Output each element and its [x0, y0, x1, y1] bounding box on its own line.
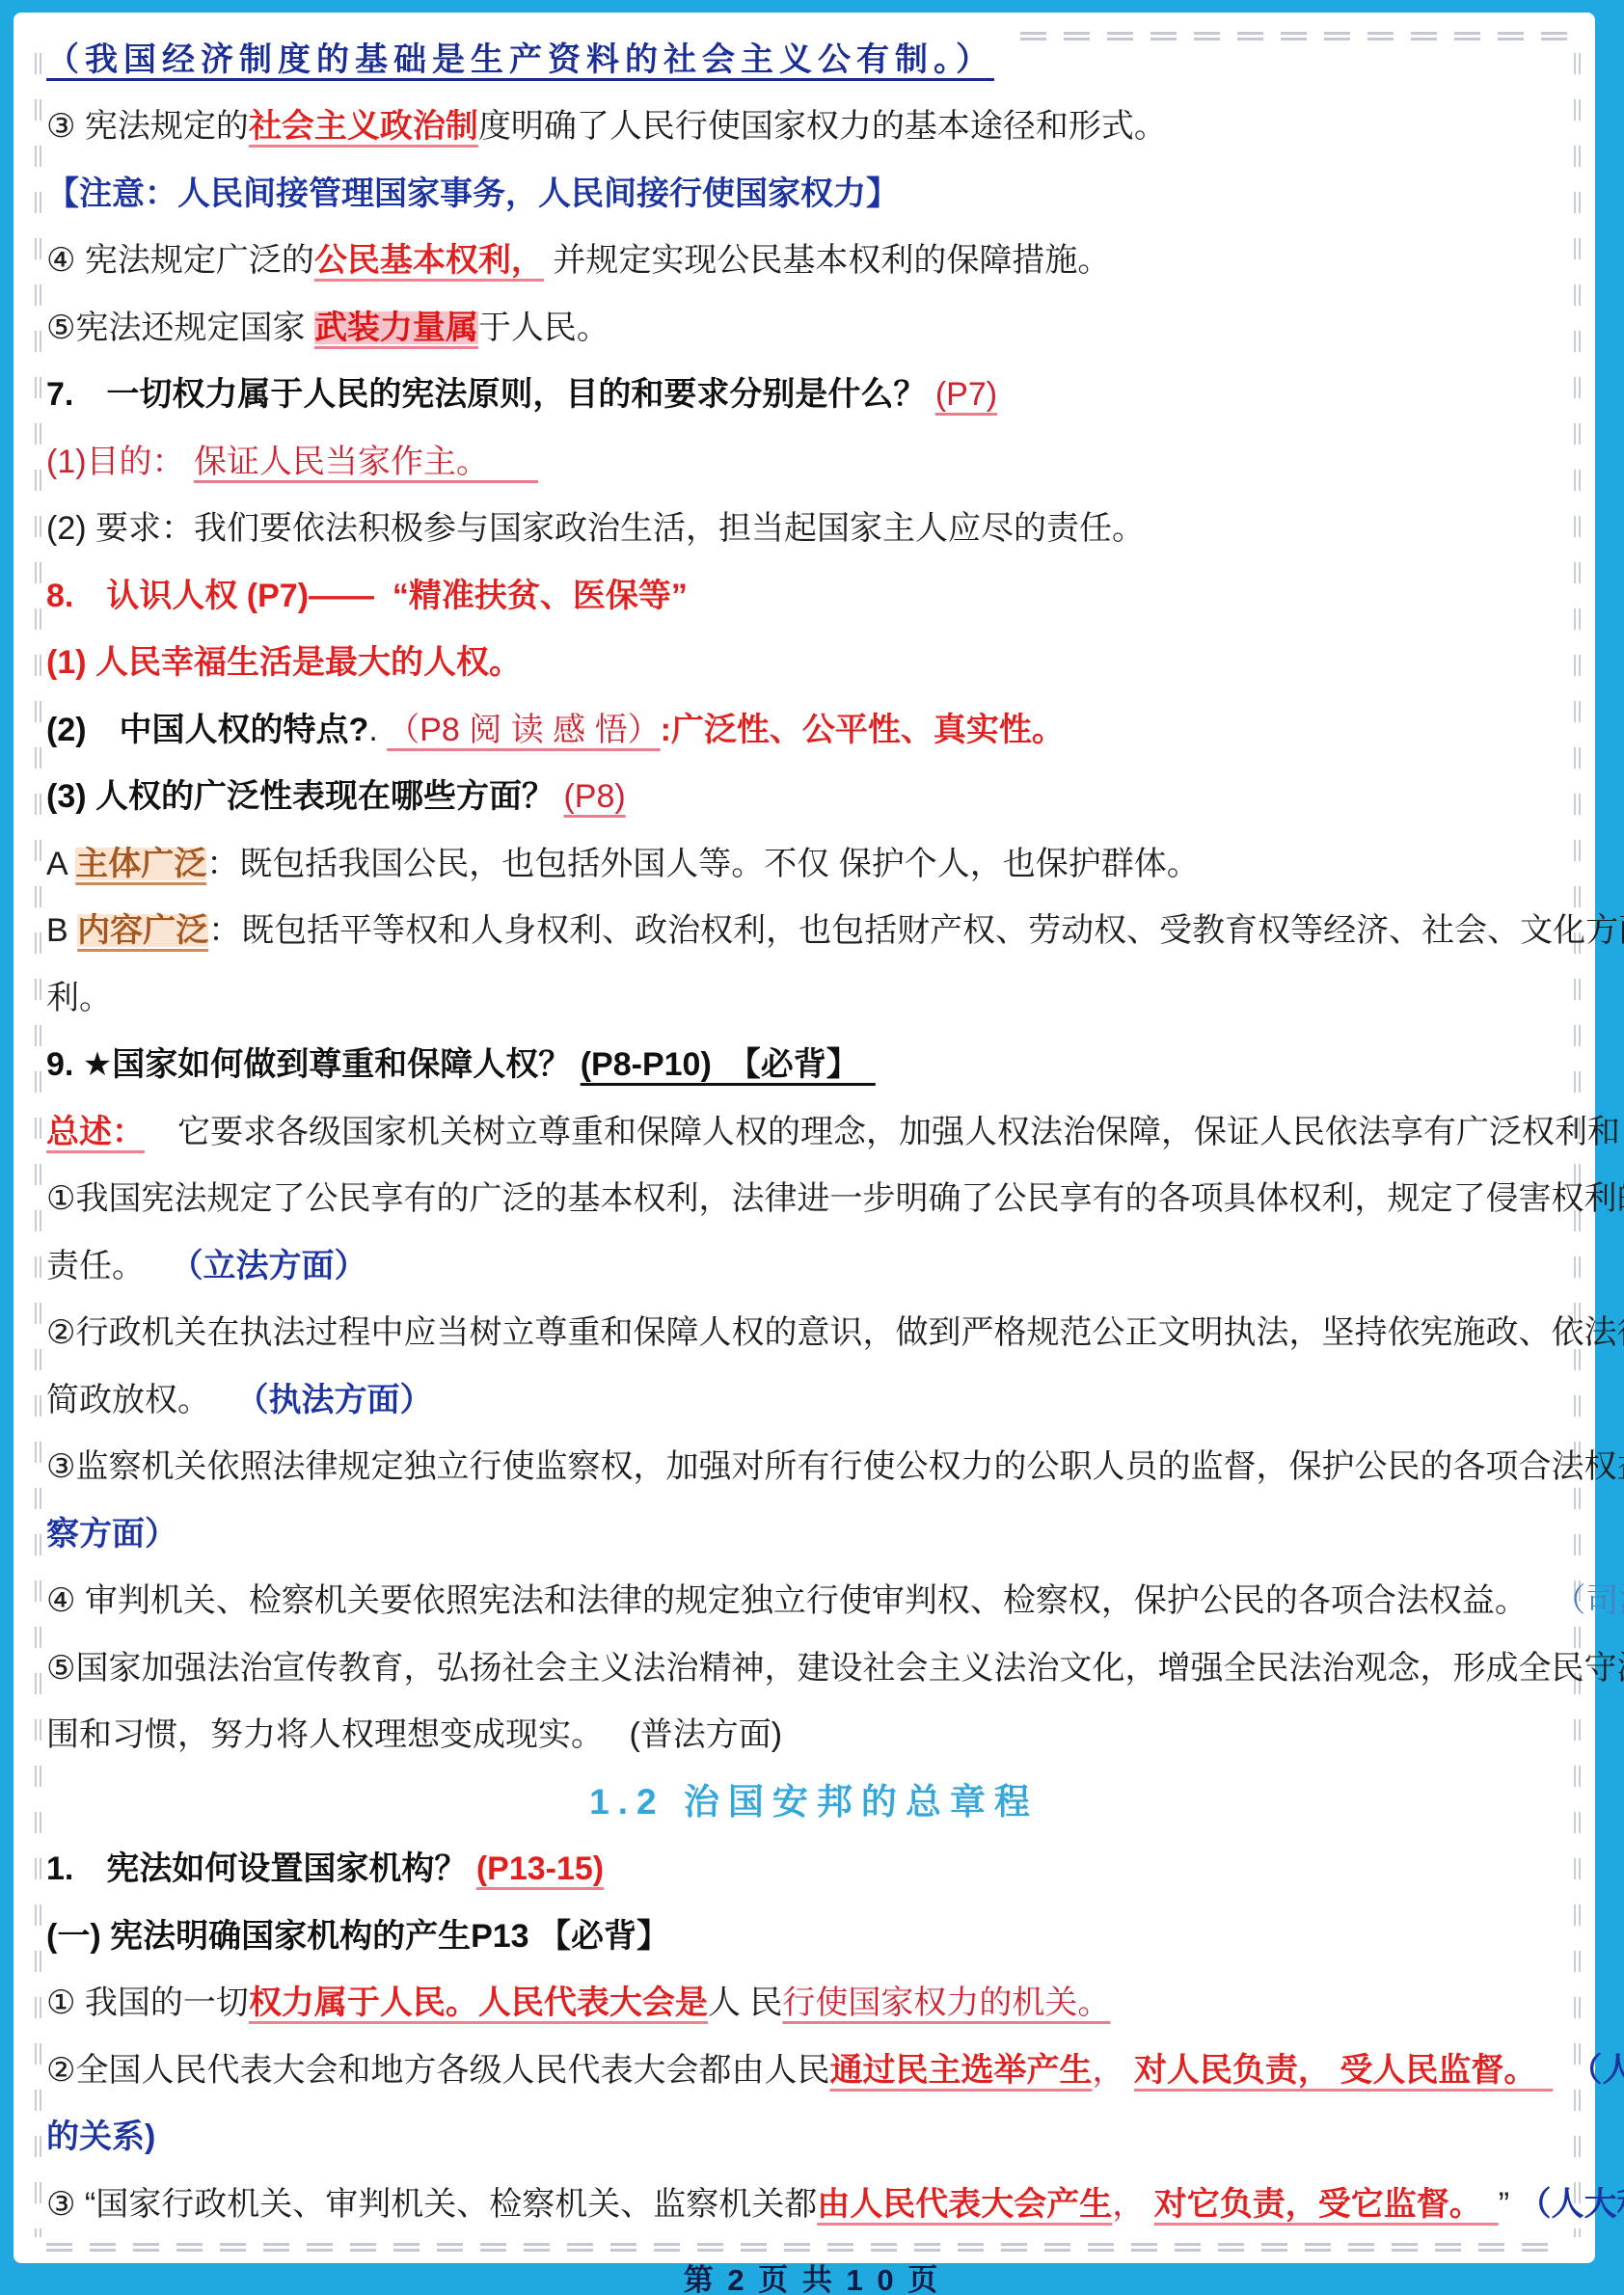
text-boundary-bottom-dashes [46, 2243, 1562, 2252]
text-run: (1)目的： [46, 445, 194, 478]
document-row: ⑤宪法还规定国家 武装力量属于人民。 [46, 294, 1582, 362]
document-row: (3) 人权的广泛性表现在哪些方面？ (P8) [46, 764, 1582, 831]
text-run: 对它负责，受它监督。 [1154, 2188, 1499, 2221]
text-run: :广泛性、公平性、真实性。 [661, 714, 1065, 746]
document-row: (1) 人民幸福生活是最大的人权。 [46, 630, 1582, 697]
document-row: 简政放权。 （执法方面） [46, 1366, 1582, 1434]
text-run: (3) 人权的广泛性表现在哪些方面？ [46, 780, 563, 813]
document-row: (一) 宪法明确国家机构的产生P13 【必背】 [46, 1903, 1582, 1970]
text-run: ⑤宪法还规定国家 [46, 311, 314, 344]
text-run: （立法方面） [170, 1250, 366, 1282]
text-run: 对人民负责， 受人民监督。 [1134, 2054, 1553, 2087]
text-run: 武装力量属 [314, 311, 478, 344]
document-row: ①我国宪法规定了公民享有的广泛的基本权利，法律进一步明确了公民享有的各项具体权利… [46, 1166, 1582, 1233]
document-row: 总述： 它要求各级国家机关树立尊重和保障人权的理念，加强人权法治保障，保证人民依… [46, 1098, 1582, 1166]
text-run: ：既包括我国公民，也包括外国人等。不仅 保护个人，也保护群体。 [206, 848, 1199, 880]
text-run: B [46, 914, 77, 947]
text-run: 于人民。 [478, 311, 609, 344]
document-row: 【注意：人民间接管理国家事务，人民间接行使国家权力】 [46, 160, 1582, 228]
document-row: 的关系) [46, 2104, 1582, 2172]
text-run: (P8) [563, 780, 625, 813]
text-run: 8. 认识人权 (P7)—— “精准扶贫、医保等” [46, 580, 688, 612]
text-run: 人 民 [708, 1986, 782, 2019]
text-run: 责任。 [46, 1250, 170, 1282]
text-run: （人民和人大 [1553, 2054, 1624, 2087]
text-run: （司法方面） [1553, 1584, 1624, 1617]
document-row: (2) 要求：我们要依法积极参与国家政治生活，担当起国家主人应尽的责任。 [46, 496, 1582, 563]
text-run: 1.2 治国安邦的总章程 [589, 1784, 1039, 1820]
text-run: ⑤国家加强法治宣传教育，弘扬社会主义法治精神，建设社会主义法治文化，增强全民法治… [46, 1652, 1624, 1685]
document-body: （我国经济制度的基础是生产资料的社会主义公有制。）③ 宪法规定的社会主义政治制度… [46, 26, 1582, 2238]
text-run: 围和习惯，努力将人权理想变成现实。 (普法方面) [46, 1718, 782, 1751]
text-run: 它要求各级国家机关树立尊重和保障人权的理念，加强人权法治保障，保证人民依法享有广… [145, 1116, 1624, 1148]
text-run: 社会主义政治制 [249, 110, 478, 143]
text-run: （人大和其他国 [1518, 2188, 1624, 2221]
text-run: 9. ★国家如何做到尊重和保障人权？ [46, 1048, 581, 1081]
text-run: (2) 中国人权的特点? [46, 714, 368, 746]
text-run: (1) 人民幸福生活是最大的人权。 [46, 646, 522, 679]
text-run: ③监察机关依照法律规定独立行使监察权，加强对所有行使公权力的公职人员的监督，保护… [46, 1450, 1624, 1483]
text-run: ③ “国家行政机关、审判机关、检察机关、监察机关都 [46, 2188, 817, 2221]
text-run: A [46, 848, 75, 880]
text-run: 公民基本权利， [314, 244, 544, 277]
document-row: 1.2 治国安邦的总章程 [46, 1768, 1582, 1836]
page-footer: 第 2 页 共 1 0 页 [0, 2255, 1624, 2295]
text-run: 保证人民当家作主。 [194, 445, 538, 478]
text-run: ②全国人民代表大会和地方各级人民代表大会都由人民 [46, 2054, 829, 2087]
text-run: ③ 宪法规定的 [46, 110, 249, 143]
text-run: 1. 宪法如何设置国家机构？ [46, 1852, 476, 1885]
document-row: (2) 中国人权的特点?. （P8 阅 读 感 悟）:广泛性、公平性、真实性。 [46, 696, 1582, 764]
text-run: 察方面） [46, 1518, 177, 1551]
text-run: 利。 [46, 982, 112, 1014]
document-row: A 主体广泛：既包括我国公民，也包括外国人等。不仅 保护个人，也保护群体。 [46, 830, 1582, 898]
document-row: 围和习惯，努力将人权理想变成现实。 (普法方面) [46, 1702, 1582, 1769]
document-page: （我国经济制度的基础是生产资料的社会主义公有制。）③ 宪法规定的社会主义政治制度… [14, 13, 1595, 2263]
document-row: ③ 宪法规定的社会主义政治制度明确了人民行使国家权力的基本途径和形式。 [46, 94, 1582, 161]
text-run: 总述： [46, 1116, 145, 1148]
document-row: 察方面） [46, 1500, 1582, 1568]
document-row: 8. 认识人权 (P7)—— “精准扶贫、医保等” [46, 562, 1582, 630]
text-run: . [368, 714, 387, 746]
document-row: B 内容广泛：既包括平等权和人身权利、政治权利，也包括财产权、劳动权、受教育权等… [46, 898, 1582, 965]
text-run: ” [1499, 2188, 1519, 2221]
text-run: (2) 要求：我们要依法积极参与国家政治生活，担当起国家主人应尽的责任。 [46, 512, 1145, 545]
document-row: ④ 审判机关、检察机关要依照宪法和法律的规定独立行使审判权、检察权，保护公民的各… [46, 1568, 1582, 1635]
text-run: （执法方面） [235, 1384, 432, 1417]
text-run: (P13-15) [476, 1852, 604, 1885]
text-run: ， [1092, 2054, 1133, 2087]
document-row: ⑤国家加强法治宣传教育，弘扬社会主义法治精神，建设社会主义法治文化，增强全民法治… [46, 1634, 1582, 1702]
text-run: 通过民主选举产生 [829, 2054, 1092, 2087]
text-run: ， [1112, 2188, 1153, 2221]
document-row: ②全国人民代表大会和地方各级人民代表大会都由人民通过民主选举产生， 对人民负责，… [46, 2037, 1582, 2104]
text-run: ④ 宪法规定广泛的 [46, 244, 314, 277]
document-row: ②行政机关在执法过程中应当树立尊重和保障人权的意识，做到严格规范公正文明执法，坚… [46, 1300, 1582, 1367]
document-row: 1. 宪法如何设置国家机构？ (P13-15) [46, 1836, 1582, 1903]
text-run: ：既包括平等权和人身权利、政治权利，也包括财产权、劳动权、受教育权等经济、社会、… [208, 914, 1624, 947]
text-run: （P8 阅 读 感 悟） [387, 714, 660, 746]
document-row: 9. ★国家如何做到尊重和保障人权？ (P8-P10) 【必背】 [46, 1032, 1582, 1099]
text-run: ① 我国的一切 [46, 1986, 249, 2019]
text-run: 并规定实现公民基本权利的保障措施。 [544, 244, 1110, 277]
page-root: { "page": { "footer": "第 2 页 共 1 0 页", "… [0, 0, 1624, 2295]
text-run: 【注意：人民间接管理国家事务，人民间接行使国家权力】 [46, 177, 899, 210]
text-run: 度明确了人民行使国家权力的基本途径和形式。 [478, 110, 1167, 143]
document-row: ③ “国家行政机关、审判机关、检察机关、监察机关都由人民代表大会产生， 对它负责… [46, 2171, 1582, 2238]
document-row: ① 我国的一切权力属于人民。人民代表大会是人 民行使国家权力的机关。 [46, 1970, 1582, 2038]
text-boundary-left-dashes [35, 53, 42, 2237]
text-run: 简政放权。 [46, 1384, 235, 1417]
document-row: ③监察机关依照法律规定独立行使监察权，加强对所有行使公权力的公职人员的监督，保护… [46, 1434, 1582, 1501]
text-run: （我国经济制度的基础是生产资料的社会主义公有制。） [46, 43, 994, 76]
document-row: 利。 [46, 964, 1582, 1032]
text-run: (一) 宪法明确国家机构的产生P13 【必背】 [46, 1920, 669, 1953]
document-row: （我国经济制度的基础是生产资料的社会主义公有制。） [46, 26, 1582, 94]
text-run: 行使国家权力的机关。 [782, 1986, 1110, 2019]
text-run: 主体广泛 [75, 848, 206, 880]
text-run: 权力属于人民。人民代表大会是 [249, 1986, 708, 2019]
document-row: 责任。 （立法方面） [46, 1232, 1582, 1300]
text-run: (P7) [935, 378, 997, 411]
text-run: (P8-P10) 【必背】 [581, 1048, 876, 1081]
document-row: (1)目的： 保证人民当家作主。 [46, 428, 1582, 496]
text-run: ④ 审判机关、检察机关要依照宪法和法律的规定独立行使审判权、检察权，保护公民的各… [46, 1584, 1553, 1617]
document-row: 7. 一切权力属于人民的宪法原则，目的和要求分别是什么？ (P7) [46, 362, 1582, 429]
text-run: 的关系) [46, 2120, 155, 2153]
text-run: 内容广泛 [77, 914, 208, 947]
document-row: ④ 宪法规定广泛的公民基本权利， 并规定实现公民基本权利的保障措施。 [46, 228, 1582, 295]
text-run: 由人民代表大会产生 [817, 2188, 1112, 2221]
text-run: ②行政机关在执法过程中应当树立尊重和保障人权的意识，做到严格规范公正文明执法，坚… [46, 1316, 1624, 1349]
text-run: 7. 一切权力属于人民的宪法原则，目的和要求分别是什么？ [46, 378, 935, 411]
text-run: ①我国宪法规定了公民享有的广泛的基本权利，法律进一步明确了公民享有的各项具体权利… [46, 1182, 1624, 1215]
